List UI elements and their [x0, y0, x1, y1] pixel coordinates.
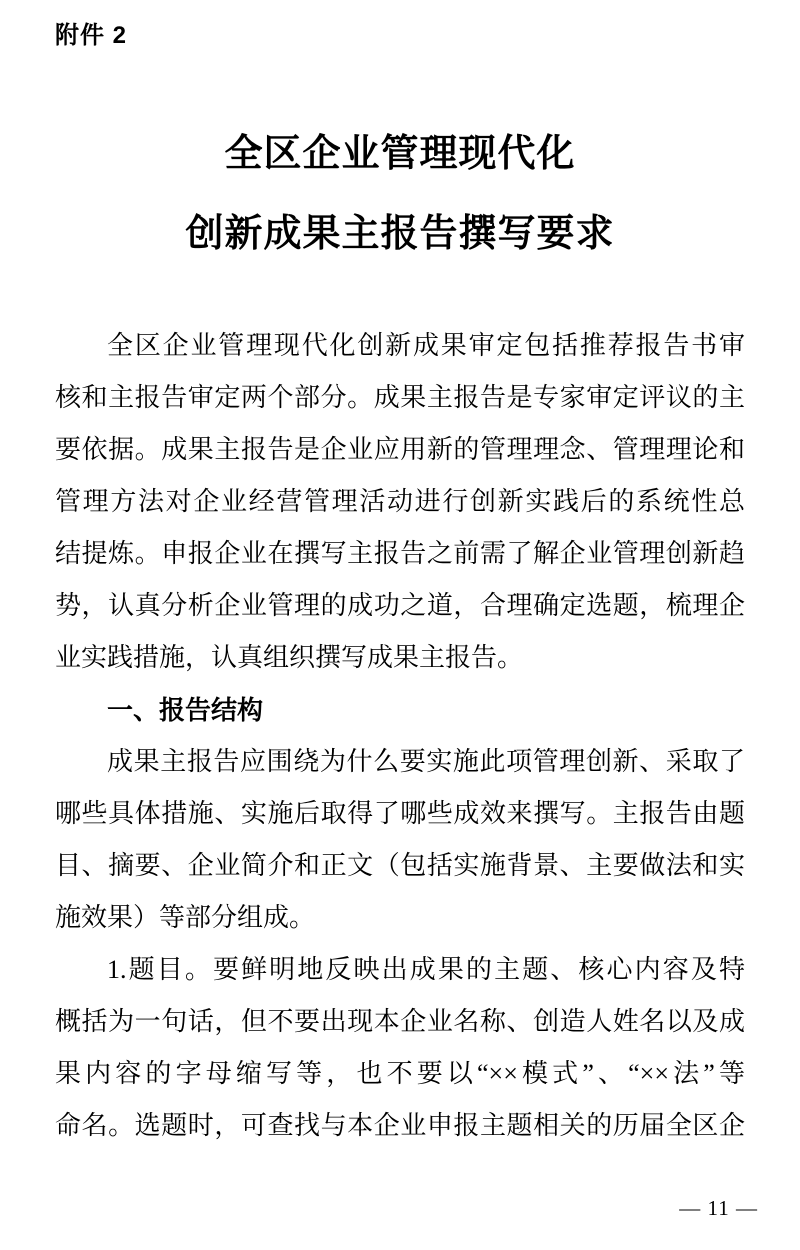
text-line: 核和主报告审定两个部分。成果主报告是专家审定评议的主 [55, 372, 745, 424]
text-line: 果内容的字母缩写等，也不要以“××模式”、“××法”等 [55, 1048, 745, 1100]
section-heading: 一、报告结构 [55, 684, 745, 736]
text-line: 施效果）等部分组成。 [55, 892, 745, 944]
text-line: 管理方法对企业经营管理活动进行创新实践后的系统性总 [55, 476, 745, 528]
text-line: 概括为一句话，但不要出现本企业名称、创造人姓名以及成 [55, 996, 745, 1048]
document-page: 附件 2 全区企业管理现代化 创新成果主报告撰写要求 全区企业管理现代化创新成果… [0, 0, 800, 1250]
text-line: 全区企业管理现代化创新成果审定包括推荐报告书审 [55, 320, 745, 372]
text-line: 命名。选题时，可查找与本企业申报主题相关的历届全区企 [55, 1100, 745, 1152]
title-line-1: 全区企业管理现代化 [0, 114, 800, 194]
text-line: 成果主报告应围绕为什么要实施此项管理创新、采取了 [55, 736, 745, 788]
text-line: 要依据。成果主报告是企业应用新的管理理念、管理理论和 [55, 424, 745, 476]
text-line: 势，认真分析企业管理的成功之道，合理确定选题，梳理企 [55, 580, 745, 632]
text-line: 结提炼。申报企业在撰写主报告之前需了解企业管理创新趋 [55, 528, 745, 580]
page-number: — 11 — [679, 1196, 758, 1220]
text-line: 业实践措施，认真组织撰写成果主报告。 [55, 632, 745, 684]
attachment-label: 附件 2 [55, 22, 800, 50]
text-line: 1.题目。要鲜明地反映出成果的主题、核心内容及特色， [55, 944, 745, 996]
title-line-2: 创新成果主报告撰写要求 [0, 194, 800, 274]
text-line: 哪些具体措施、实施后取得了哪些成效来撰写。主报告由题 [55, 788, 745, 840]
body-content: 全区企业管理现代化创新成果审定包括推荐报告书审核和主报告审定两个部分。成果主报告… [55, 320, 745, 1152]
document-title: 全区企业管理现代化 创新成果主报告撰写要求 [0, 114, 800, 274]
text-line: 目、摘要、企业简介和正文（包括实施背景、主要做法和实 [55, 840, 745, 892]
